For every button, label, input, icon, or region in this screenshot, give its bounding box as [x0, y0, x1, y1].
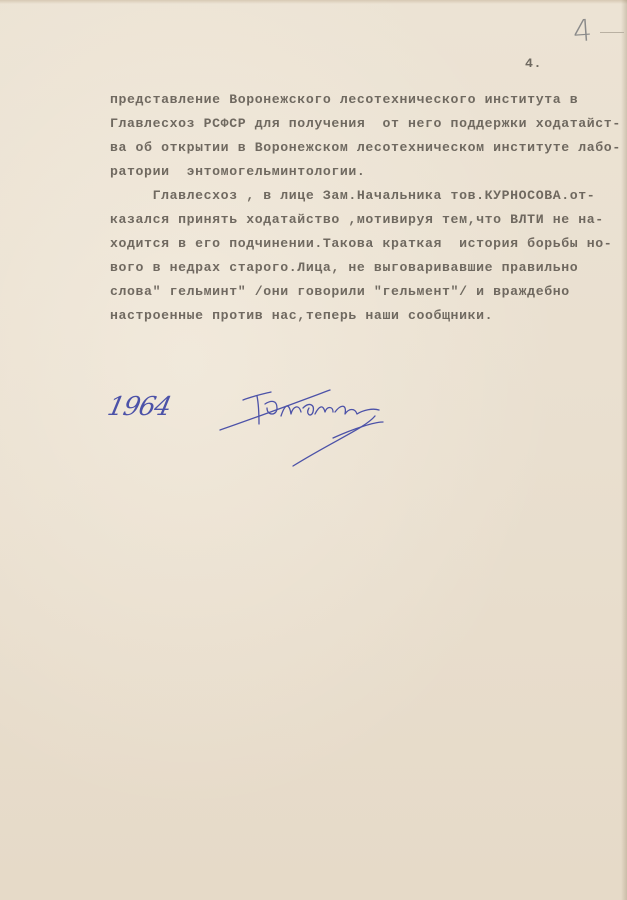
- text-line-10: настроенные против нас,теперь наши сообщ…: [110, 308, 493, 323]
- text-line-4: ратории энтомогельминтологии.: [110, 164, 365, 179]
- text-line-6: казался принять ходатайство ,мотивируя т…: [110, 212, 604, 227]
- text-line-2: Главлесхоз РСФСР для получения от него п…: [110, 116, 621, 131]
- text-line-1: представление Воронежского лесотехническ…: [110, 92, 578, 107]
- text-line-7: ходится в его подчинении.Такова краткая …: [110, 236, 612, 251]
- text-line-8: вого в недрах старого.Лица, не выговарив…: [110, 260, 578, 275]
- text-line-9: слова" гельминт" /они говорили "гельмент…: [110, 284, 570, 299]
- archive-mark-underline: [600, 32, 624, 33]
- handwritten-year: 1964: [105, 392, 174, 422]
- signature-icon: [215, 378, 395, 468]
- paper-edge-top: [0, 0, 627, 4]
- paper-edge-right: [621, 0, 627, 900]
- text-line-3: ва об открытии в Воронежском лесотехниче…: [110, 140, 621, 155]
- document-page: 4 4. представление Воронежского лесотехн…: [0, 0, 627, 900]
- archive-page-mark: 4: [572, 13, 593, 49]
- text-line-5: Главлесхоз , в лице Зам.Начальника тов.К…: [110, 188, 595, 203]
- page-number: 4.: [525, 56, 542, 71]
